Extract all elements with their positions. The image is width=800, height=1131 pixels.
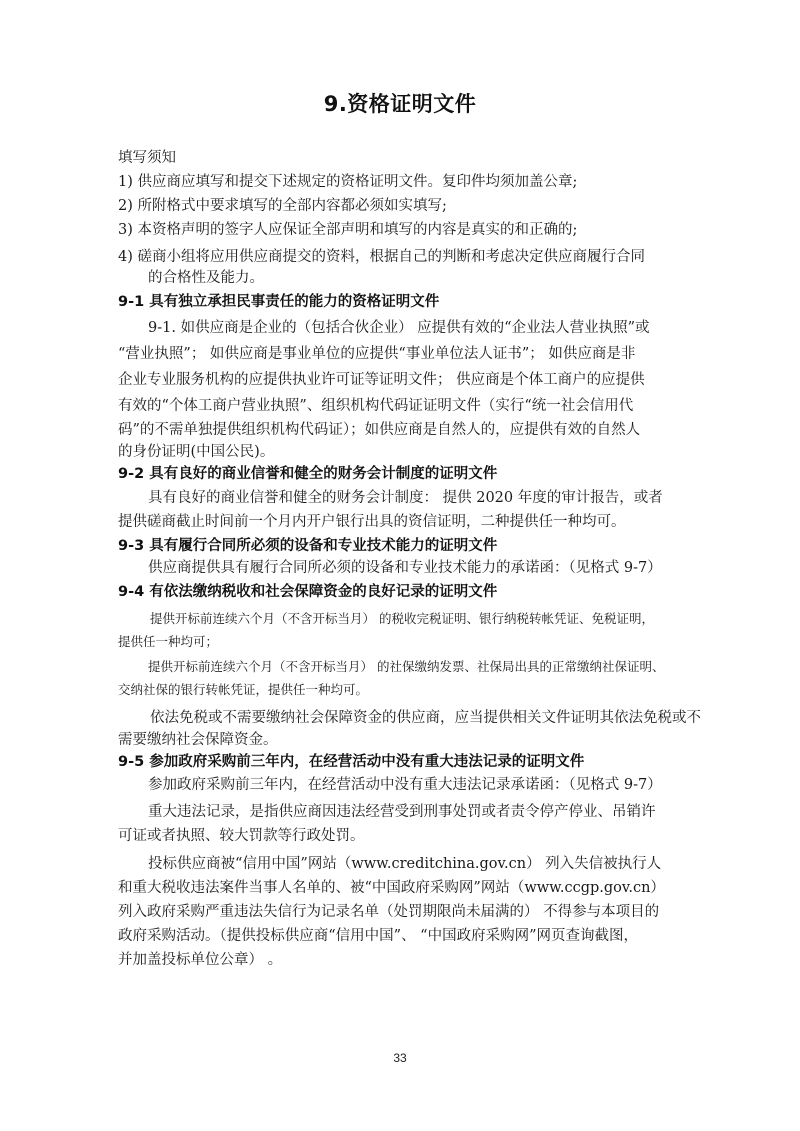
section-text: 的身份证明(中国公民)。 bbox=[118, 440, 718, 464]
section-heading-9-5: 9-5 参加政府采购前三年内，在经营活动中没有重大违法记录的证明文件 bbox=[118, 750, 718, 771]
notice-item-continuation: 的合格性及能力。 bbox=[148, 266, 748, 290]
section-text: 可证或者执照、较大罚款等行政处罚。 bbox=[118, 824, 718, 848]
page-number: 33 bbox=[0, 1051, 800, 1065]
section-heading-9-4: 9-4 有依法缴纳税收和社会保障资金的良好记录的证明文件 bbox=[118, 580, 718, 601]
section-text: “营业执照”； 如供应商是事业单位的应提供“事业单位法人证书”； 如供应商是非 bbox=[118, 342, 718, 366]
section-text: 企业专业服务机构的应提供执业许可证等证明文件； 供应商是个体工商户的应提供 bbox=[118, 368, 718, 392]
notice-heading: 填写须知 bbox=[118, 146, 718, 170]
section-text: 提供开标前连续六个月（不含开标当月） 的社保缴纳发票、社保局出具的正常缴纳社保证… bbox=[148, 655, 748, 679]
section-text: 供应商提供具有履行合同所必须的设备和专业技术能力的承诺函：（见格式 9-7） bbox=[148, 556, 748, 580]
section-text: 需要缴纳社会保障资金。 bbox=[118, 728, 718, 752]
section-text: 依法免税或不需要缴纳社会保障资金的供应商，应当提供相关文件证明其依法免税或不 bbox=[150, 706, 750, 730]
section-text: 码”的不需单独提供组织机构代码证）；如供应商是自然人的，应提供有效的自然人 bbox=[118, 418, 718, 442]
section-text: 提供任一种均可； bbox=[118, 630, 718, 654]
section-heading-9-2: 9-2 具有良好的商业信誉和健全的财务会计制度的证明文件 bbox=[118, 462, 718, 483]
notice-item: 3) 本资格声明的签字人应保证全部声明和填写的内容是真实的和正确的; bbox=[118, 218, 718, 242]
section-text: 交纳社保的银行转帐凭证，提供任一种均可。 bbox=[118, 678, 718, 702]
section-text: 列入政府采购严重违法失信行为记录名单（处罚期限尚未届满的） 不得参与本项目的 bbox=[118, 900, 718, 924]
notice-item: 1) 供应商应填写和提交下述规定的资格证明文件。复印件均须加盖公章; bbox=[118, 170, 718, 194]
section-text: 并加盖投标单位公章） 。 bbox=[118, 948, 718, 972]
section-text: 有效的“个体工商户营业执照”、组织机构代码证证明文件（实行“统一社会信用代 bbox=[118, 394, 718, 418]
section-text: 参加政府采购前三年内，在经营活动中没有重大违法记录承诺函：（见格式 9-7） bbox=[148, 773, 748, 797]
section-text: 重大违法记录，是指供应商因违法经营受到刑事处罚或者责令停产停业、吊销许 bbox=[148, 800, 748, 824]
section-text: 提供开标前连续六个月（不含开标当月） 的税收完税证明、银行纳税转帐凭证、免税证明… bbox=[150, 607, 750, 631]
page-title: 9.资格证明文件 bbox=[0, 88, 800, 118]
section-heading-9-1: 9-1 具有独立承担民事责任的能力的资格证明文件 bbox=[118, 290, 718, 311]
section-text: 9-1. 如供应商是企业的（包括合伙企业） 应提供有效的“企业法人营业执照”或 bbox=[148, 316, 748, 340]
section-text: 政府采购活动。（提供投标供应商“信用中国”、 “中国政府采购网”网页查询截图， bbox=[118, 924, 718, 948]
notice-item: 2) 所附格式中要求填写的全部内容都必须如实填写; bbox=[118, 194, 718, 218]
section-text: 投标供应商被“信用中国”网站（www.creditchina.gov.cn） 列… bbox=[148, 852, 748, 876]
section-text: 提供磋商截止时间前一个月内开户银行出具的资信证明，二种提供任一种均可。 bbox=[118, 510, 718, 534]
section-heading-9-3: 9-3 具有履行合同所必须的设备和专业技术能力的证明文件 bbox=[118, 534, 718, 555]
section-text: 和重大税收违法案件当事人名单的、被“中国政府采购网”网站（www.ccgp.go… bbox=[118, 876, 718, 900]
section-text: 具有良好的商业信誉和健全的财务会计制度： 提供 2020 年度的审计报告，或者 bbox=[148, 486, 748, 510]
